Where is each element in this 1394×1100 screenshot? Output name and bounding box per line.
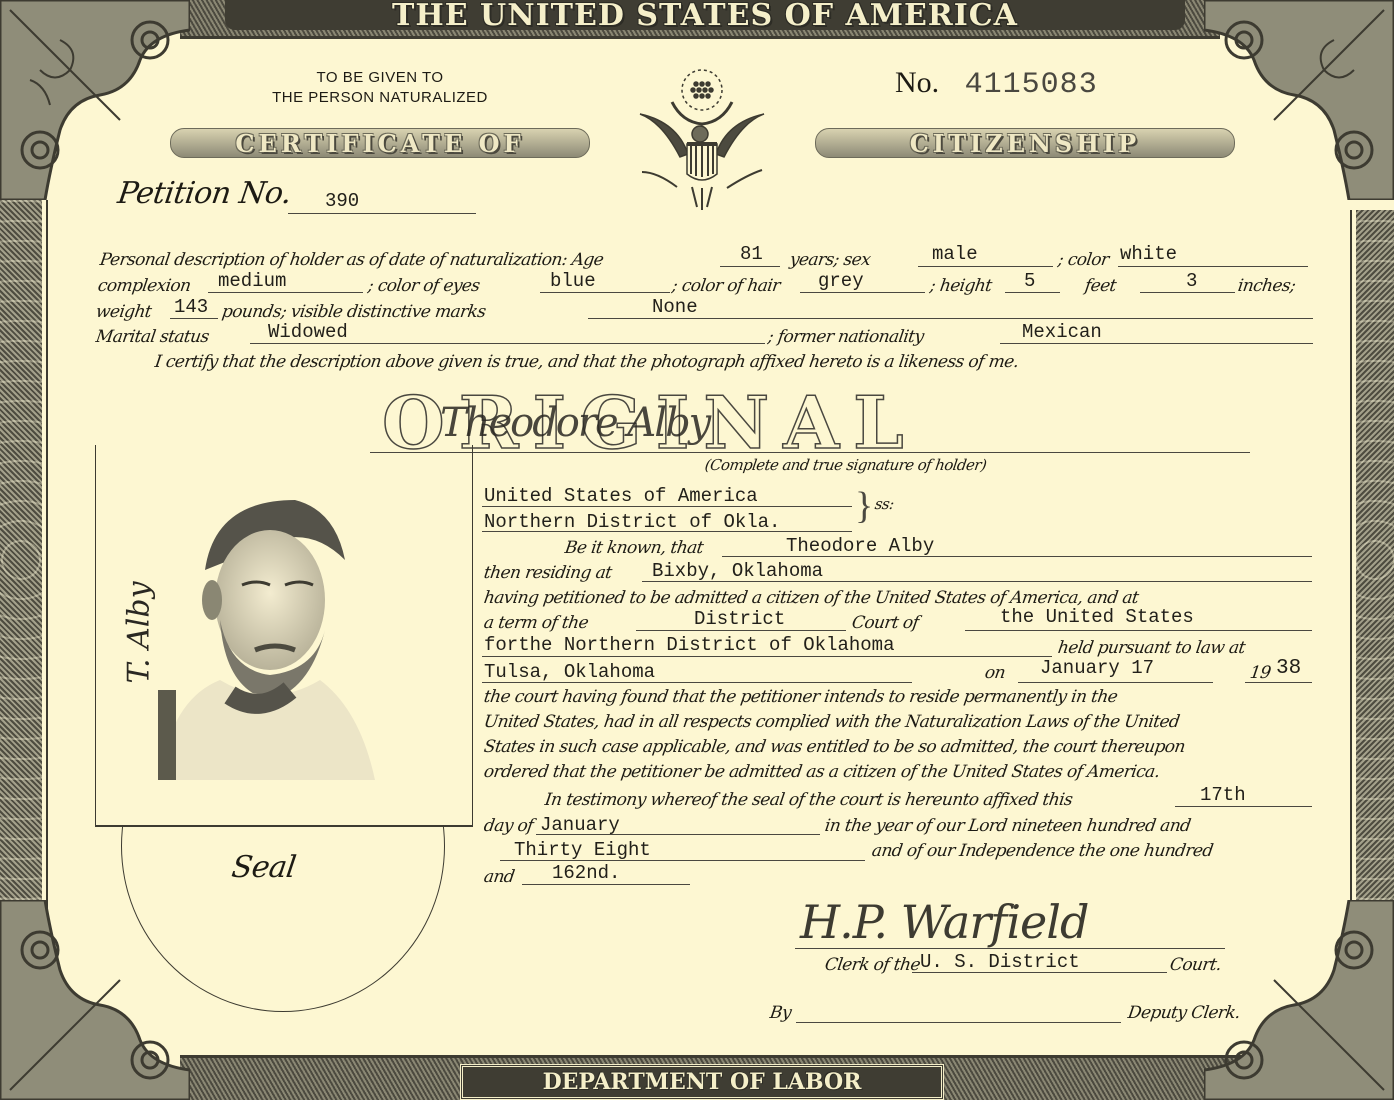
petition-number-value: 390	[325, 190, 359, 212]
inches-label: inches;	[1237, 276, 1297, 296]
certificate-number-value: 4115083	[965, 68, 1098, 102]
day-underline	[1175, 806, 1312, 807]
corner-scroll-ornament-icon	[0, 0, 190, 200]
right-inner-rule	[1350, 210, 1352, 910]
independence-year-underline	[522, 884, 690, 885]
title-certificate-of: CERTIFICATE OF	[170, 128, 590, 156]
clerk-signature: H.P. Warfield	[800, 895, 1088, 949]
corner-scroll-ornament-icon	[1204, 0, 1394, 200]
given-to-notice: TO BE GIVEN TO THE PERSON NATURALIZED	[230, 68, 530, 108]
on-label: on	[984, 663, 1007, 683]
date-underline	[1018, 682, 1213, 683]
title-citizenship: CITIZENSHIP	[815, 128, 1235, 156]
pounds-marks-label: pounds; visible distinctive marks	[221, 302, 487, 322]
eyes-value: blue	[550, 270, 596, 292]
complexion-label: complexion	[97, 276, 192, 296]
height-inches-value: 3	[1186, 270, 1197, 292]
court-name-underline	[912, 972, 1167, 973]
sex-underline	[918, 266, 1053, 267]
height-feet-value: 5	[1024, 270, 1035, 292]
clerk-of-label: Clerk of the	[824, 955, 922, 975]
right-border	[1356, 210, 1394, 910]
corner-scroll-ornament-icon	[1204, 900, 1394, 1100]
court-of-underline	[965, 630, 1312, 631]
color-label: ; color	[1057, 250, 1110, 270]
hair-value: grey	[818, 270, 864, 292]
eyes-label: ; color of eyes	[367, 276, 481, 296]
marks-underline	[588, 318, 1313, 319]
court-name-value: U. S. District	[920, 951, 1080, 973]
term-label: a term of the	[483, 613, 590, 633]
be-it-known-label: Be it known, that	[564, 538, 705, 558]
nationality-underline	[1000, 343, 1313, 344]
height-label: ; height	[929, 276, 993, 296]
by-label: By	[769, 1003, 793, 1023]
weight-underline	[170, 318, 218, 319]
height-feet-underline	[1005, 292, 1060, 293]
marital-status-value: Widowed	[268, 321, 348, 343]
holder-name-underline	[722, 556, 1312, 557]
height-inches-underline	[1140, 292, 1235, 293]
holder-signature: Theodore Alby	[440, 400, 709, 446]
hair-label: ; color of hair	[671, 276, 781, 296]
district-underline	[482, 656, 1052, 657]
eyes-underline	[540, 292, 670, 293]
years-sex-label: years; sex	[789, 250, 872, 270]
department-banner: DEPARTMENT OF LABOR	[460, 1064, 944, 1100]
venue-line-2-underline	[482, 531, 852, 532]
age-underline	[720, 266, 780, 267]
given-to-line-1: TO BE GIVEN TO	[230, 68, 530, 88]
color-underline	[1118, 266, 1308, 267]
great-seal-eagle-icon	[632, 62, 772, 212]
marital-status-label: Marital status	[95, 327, 211, 347]
complexion-value: medium	[218, 270, 286, 292]
independence-year-value: 162nd.	[552, 862, 620, 884]
left-border	[0, 200, 42, 920]
weight-value: 143	[174, 296, 208, 318]
year-prefix: 19	[1249, 663, 1272, 683]
court-type-underline	[636, 630, 846, 631]
marital-underline	[250, 343, 765, 344]
certify-statement: I certify that the description above giv…	[154, 352, 1020, 372]
month-underline	[536, 834, 820, 835]
holder-name-value: Theodore Alby	[786, 535, 934, 557]
complexion-underline	[208, 292, 363, 293]
left-inner-rule	[46, 200, 48, 920]
deputy-signature-line	[796, 1022, 1121, 1023]
venue-line-1-underline	[482, 506, 852, 507]
paragraph-line-3: States in such case applicable, and was …	[483, 737, 1187, 757]
paragraph-line-1: the court having found that the petition…	[483, 687, 1119, 707]
holder-signature-line	[370, 452, 1250, 453]
year-of-lord-text: in the year of our Lord nineteen hundred…	[824, 816, 1192, 836]
residence-value: Bixby, Oklahoma	[652, 560, 823, 582]
petition-number-label: Petition No.	[116, 176, 294, 211]
place-value: Tulsa, Oklahoma	[484, 661, 655, 683]
paragraph-line-4: ordered that the petitioner be admitted …	[483, 762, 1161, 782]
petition-number-underline	[288, 213, 476, 214]
residence-underline	[642, 581, 1312, 582]
nationality-label: ; former nationality	[767, 327, 925, 347]
venue-line-1: United States of America	[484, 485, 758, 507]
petitioned-text: having petitioned to be admitted a citiz…	[483, 588, 1140, 608]
testimony-text: In testimony whereof the seal of the cou…	[544, 790, 1074, 810]
court-type-value: District	[694, 608, 785, 630]
year-suffix-value: 38	[1276, 657, 1301, 680]
district-value: forthe Northern District of Oklahoma	[484, 634, 894, 656]
month-value: January	[540, 814, 620, 836]
date-value: January 17	[1040, 657, 1154, 679]
holder-photograph	[150, 490, 380, 780]
signature-caption: (Complete and true signature of holder)	[704, 456, 988, 474]
color-value: white	[1120, 243, 1177, 265]
nationality-value: Mexican	[1022, 321, 1102, 343]
court-of-value: the United States	[1000, 606, 1194, 628]
hair-underline	[800, 292, 925, 293]
marks-value: None	[652, 296, 698, 318]
brace-icon: }	[855, 487, 873, 525]
court-label: Court.	[1169, 955, 1223, 975]
given-to-line-2: THE PERSON NATURALIZED	[230, 88, 530, 108]
sex-value: male	[932, 243, 978, 265]
description-intro-label: Personal description of holder as of dat…	[99, 250, 605, 270]
weight-label: weight	[95, 302, 153, 322]
photo-side-signature: T. Alby	[122, 581, 157, 683]
held-pursuant-label: held pursuant to law at	[1057, 638, 1247, 658]
year-underline	[1245, 682, 1312, 683]
and-label: and	[483, 867, 516, 887]
day-of-label: day of	[483, 816, 535, 836]
seal-label: Seal	[230, 850, 298, 885]
deputy-clerk-label: Deputy Clerk.	[1127, 1003, 1242, 1023]
venue-line-2: Northern District of Okla.	[484, 511, 780, 533]
certificate-number-label: No.	[895, 66, 939, 99]
country-banner: THE UNITED STATES OF AMERICA	[225, 0, 1185, 30]
feet-label: feet	[1084, 276, 1118, 296]
residing-label: then residing at	[483, 563, 613, 583]
certificate-number: No. 4115083	[895, 66, 1098, 102]
place-underline	[482, 682, 912, 683]
court-of-label: Court of	[851, 613, 920, 633]
ss-label: ss:	[874, 495, 895, 513]
age-value: 81	[740, 243, 763, 265]
paragraph-line-2: United States, had in all respects compl…	[483, 712, 1181, 732]
year-words-value: Thirty Eight	[514, 839, 651, 861]
year-words-underline	[500, 860, 865, 861]
clerk-signature-line	[795, 948, 1225, 949]
day-value: 17th	[1200, 784, 1246, 806]
independence-text: and of our Independence the one hundred	[871, 841, 1214, 861]
